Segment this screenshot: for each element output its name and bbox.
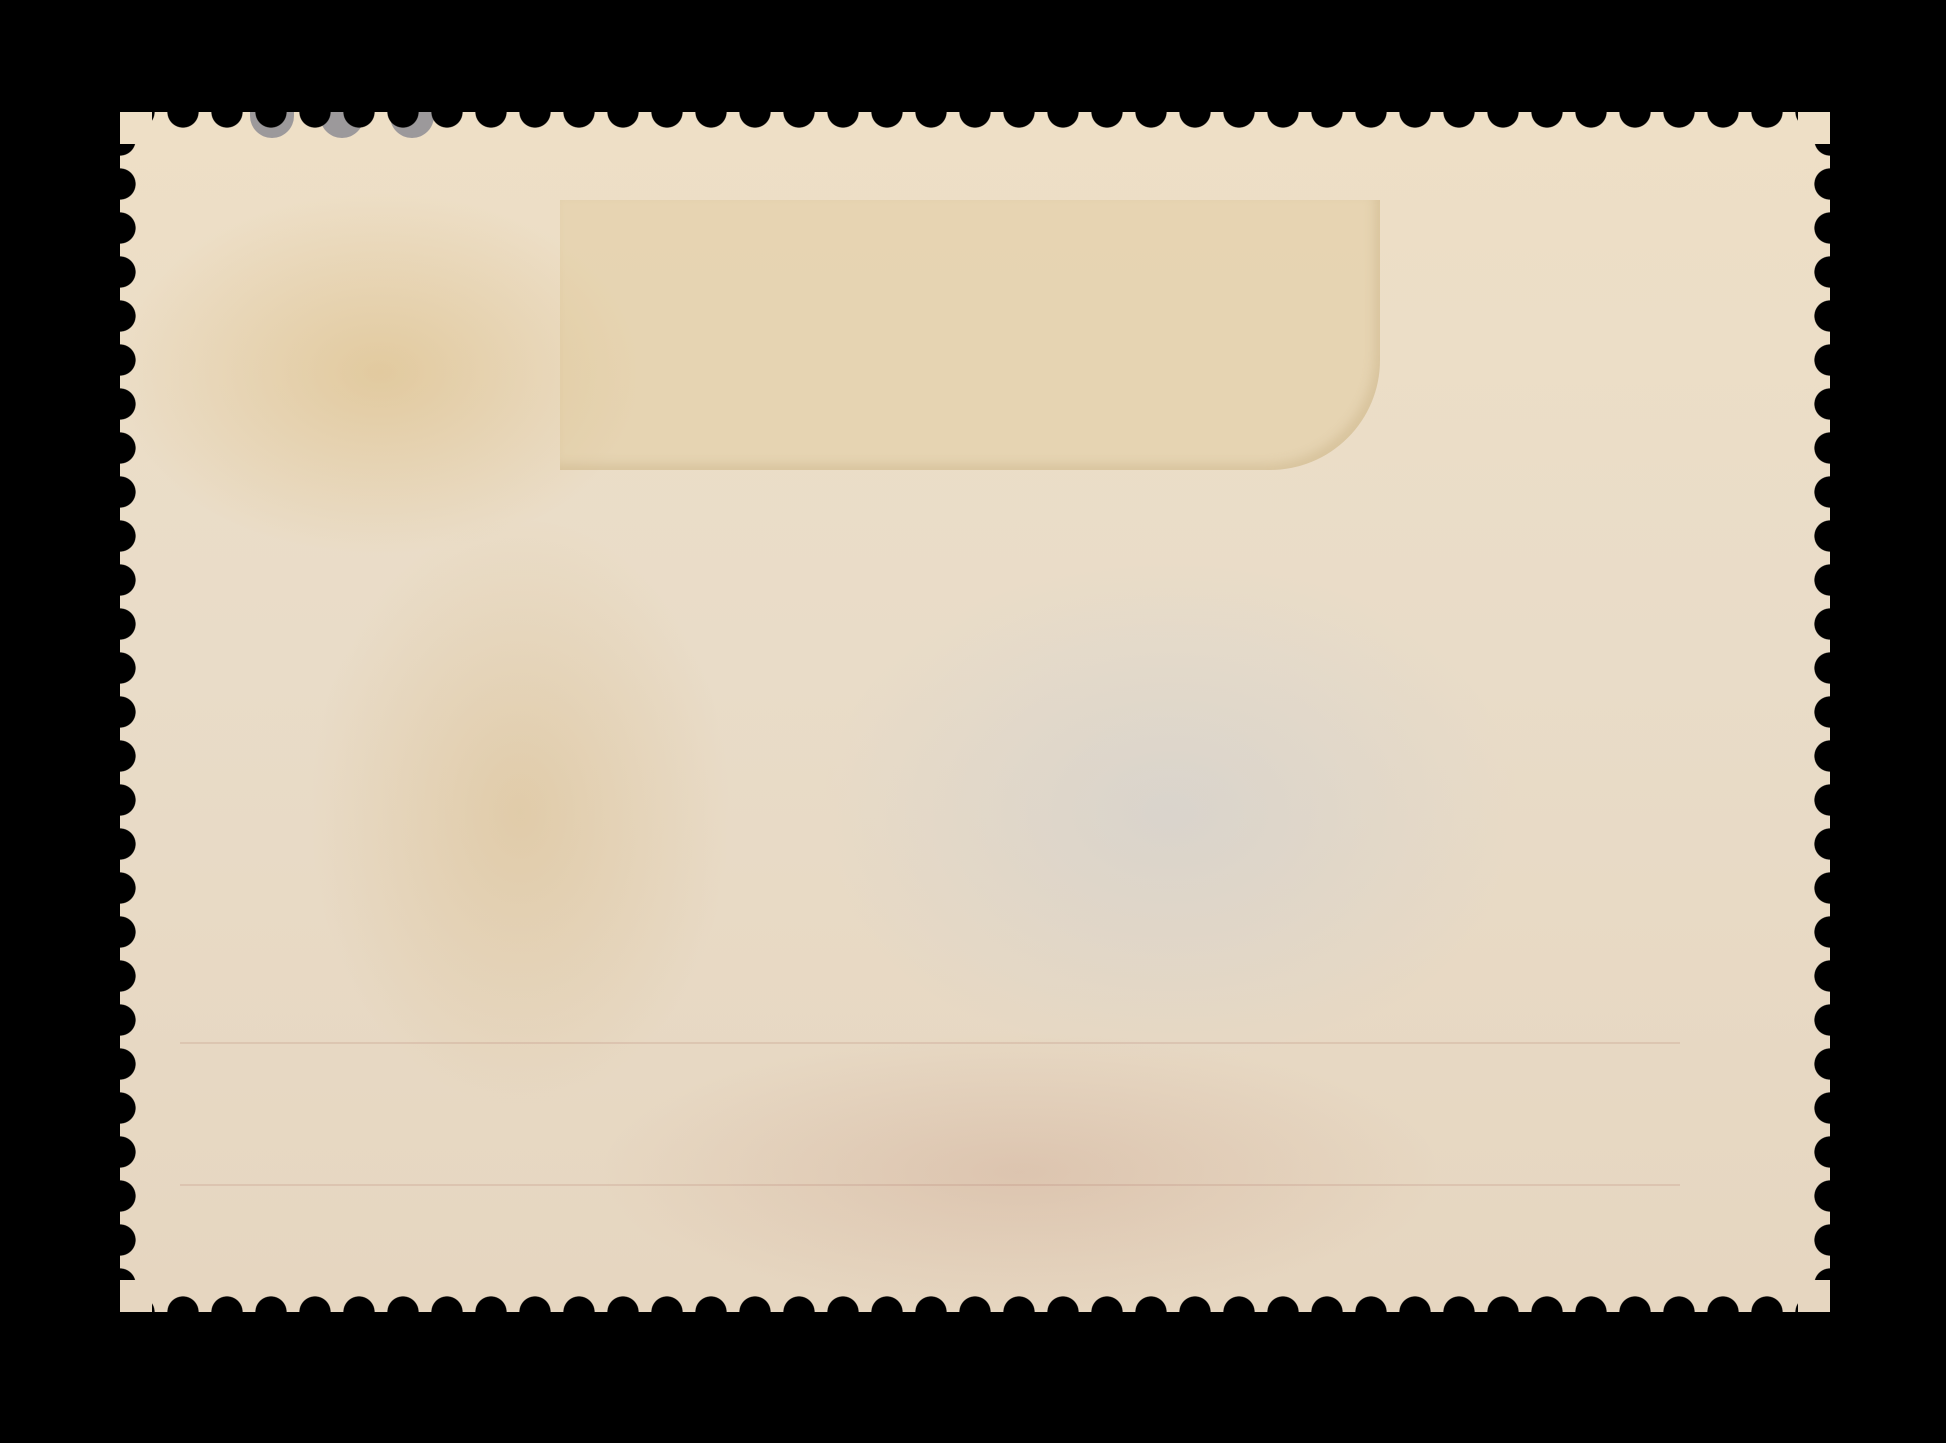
hinge-remnant <box>560 200 1380 470</box>
adjacent-stamp-remnant <box>250 112 294 138</box>
adjacent-stamp-remnant <box>390 112 434 138</box>
show-through-frame <box>180 1042 1680 1186</box>
stamp-back <box>120 112 1830 1312</box>
adjacent-stamp-remnant <box>320 112 364 138</box>
